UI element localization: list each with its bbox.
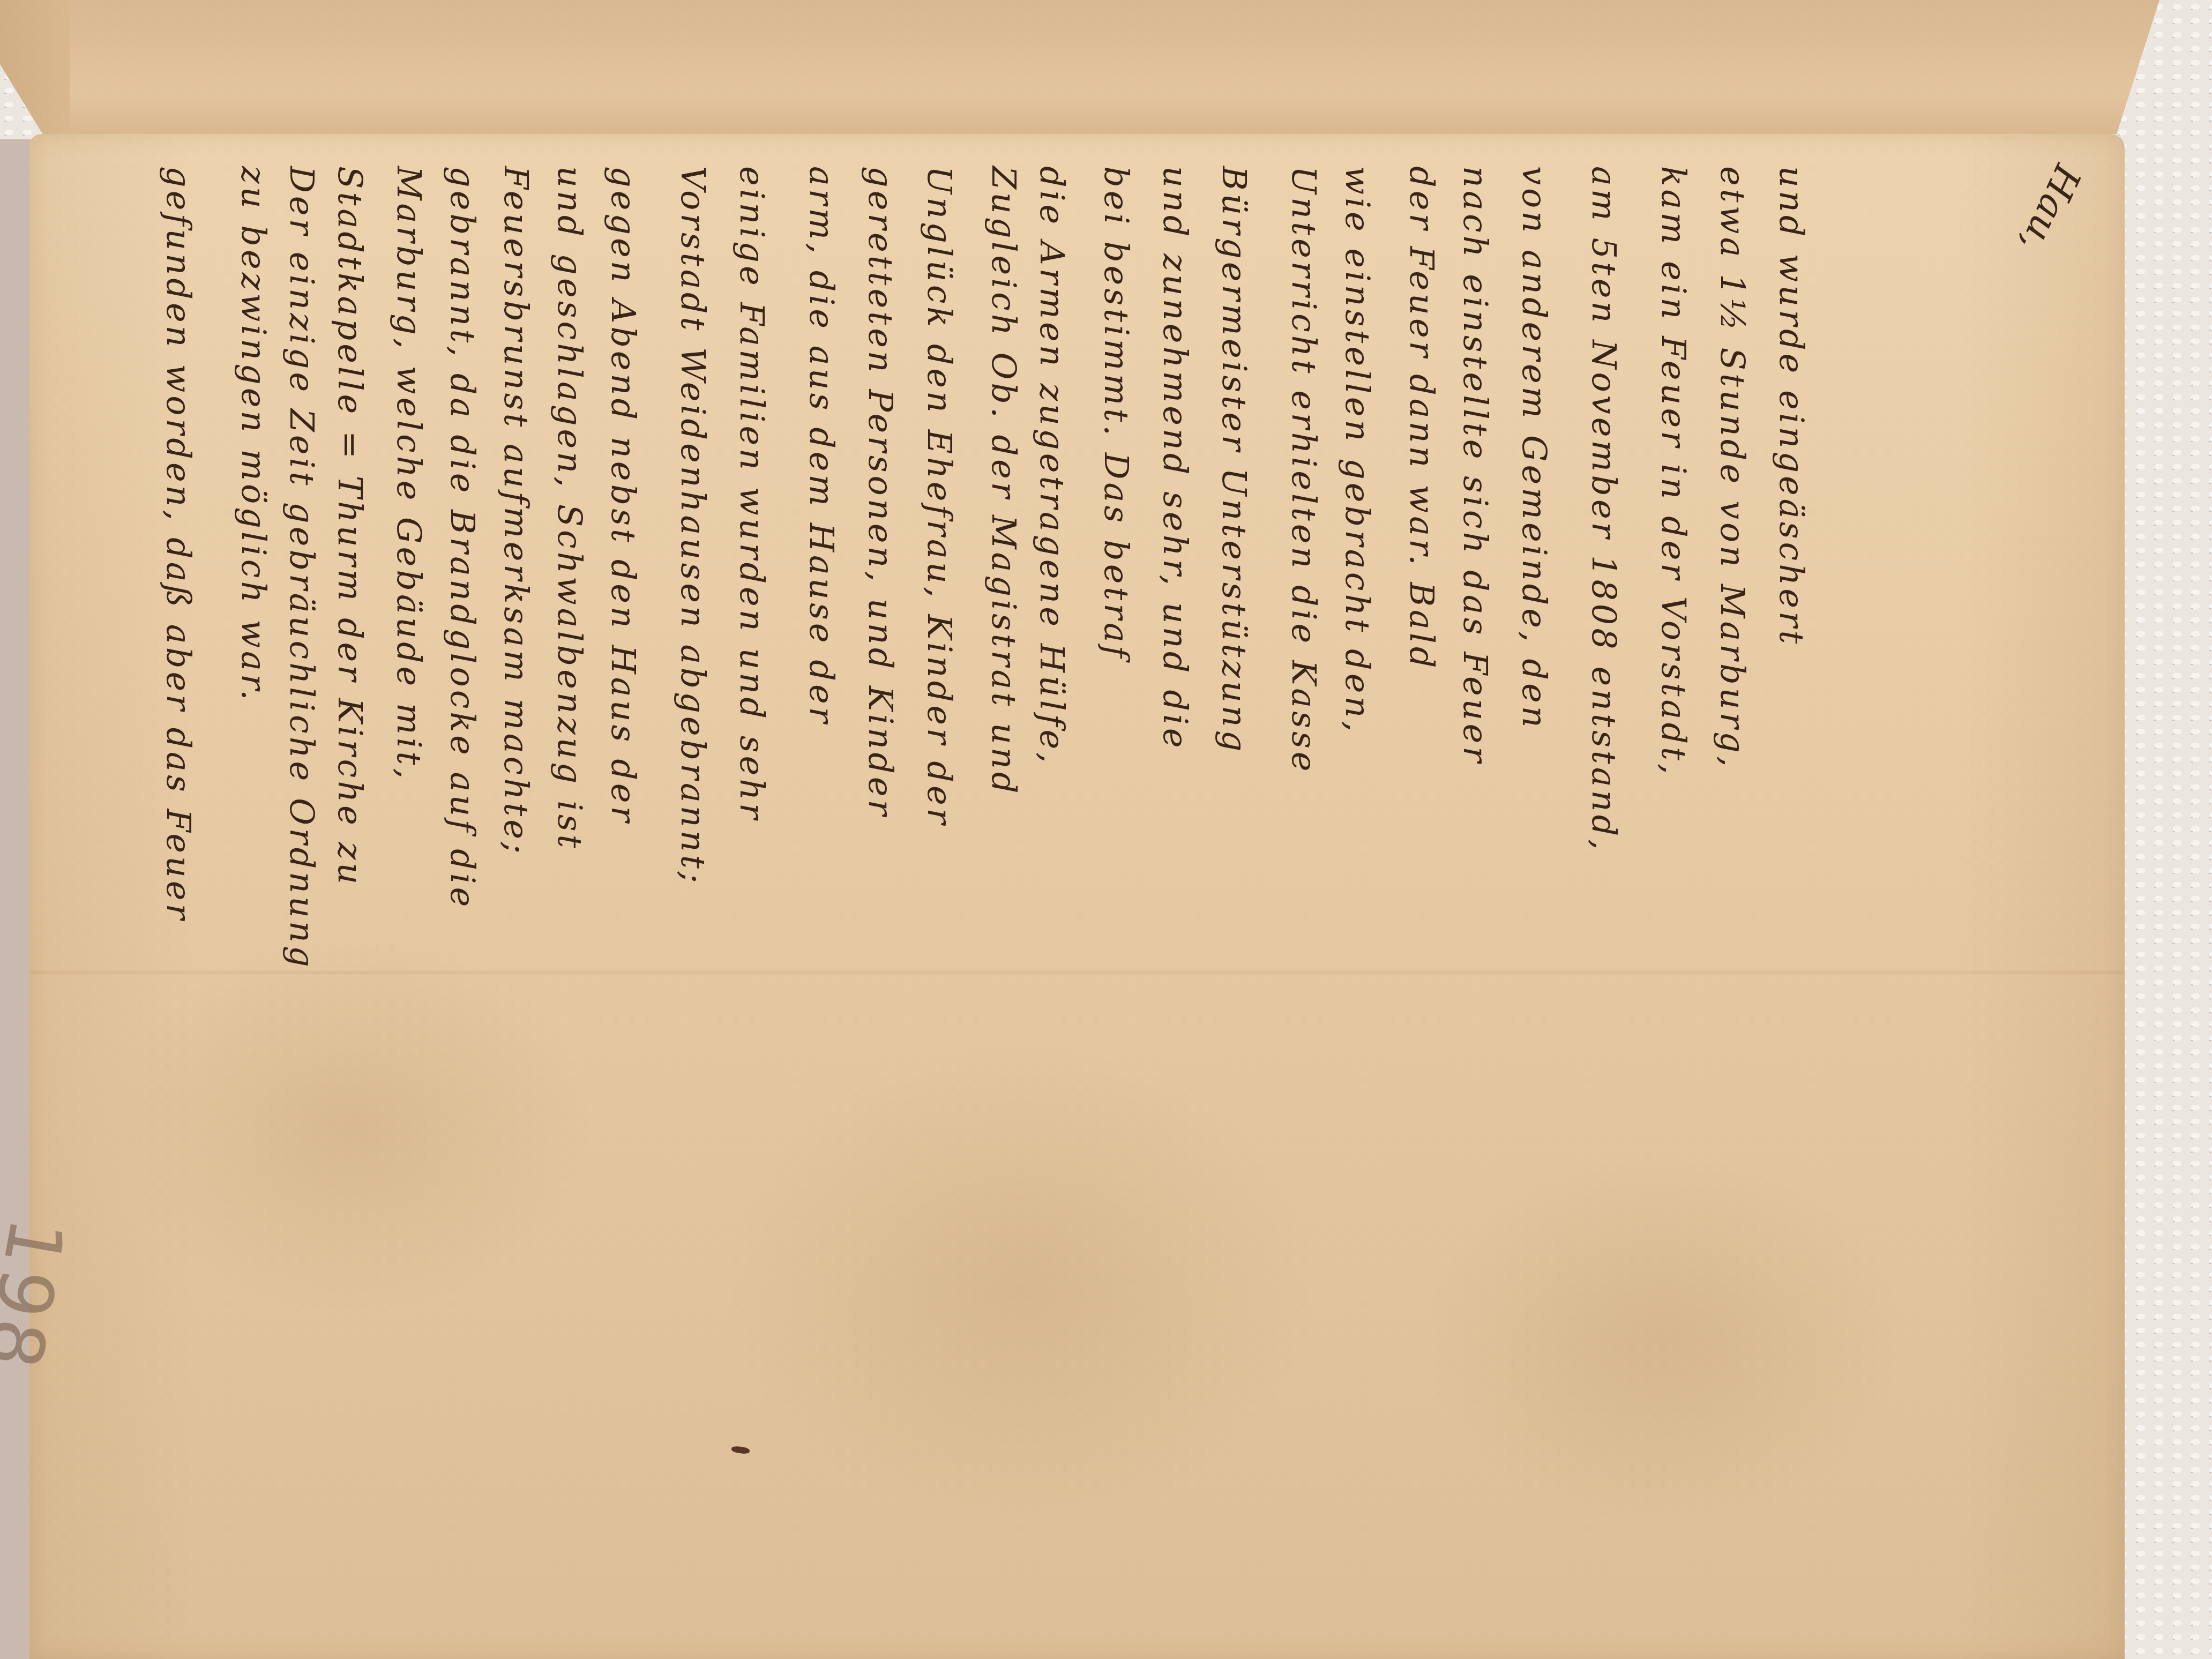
manuscript-line: gebrannt, da die Brandglocke auf die (445, 166, 482, 1077)
paper-stain (726, 1045, 1316, 1527)
manuscript-line: einige Familien wurden und sehr (734, 166, 772, 1077)
manuscript-line: Bürgermeister Unterstützung (1216, 166, 1254, 1077)
manuscript-line: Stadtkapelle = Thurm der Kirche zu (332, 166, 370, 1077)
paper-stain (1423, 1152, 1905, 1527)
manuscript-line: nach einstellte sich das Feuer (1458, 166, 1495, 1077)
folded-top-flap (0, 0, 2159, 134)
manuscript-line: und zunehmend sehr, und die (1157, 166, 1195, 1077)
manuscript-line: gefunden worden, daß aber das Feuer (161, 166, 198, 1077)
manuscript-line: Marburg, welche Gebäude mit, (391, 166, 429, 1077)
manuscript-line: bei bestimmt. Das betraf (1098, 166, 1136, 1077)
manuscript-line: Vorstadt Weidenhausen abgebrannt; (675, 166, 713, 1077)
manuscript-line: Unterricht erhielten die Kasse (1286, 166, 1324, 1077)
manuscript-line: und wurde eingeäschert (1774, 166, 1811, 1077)
manuscript-line: von anderem Gemeinde, den (1516, 166, 1554, 1077)
manuscript-line: kam ein Feuer in der Vorstadt, (1656, 166, 1693, 1077)
manuscript-line: und geschlagen, Schwalbenzug ist (552, 166, 589, 1077)
fabric-left-edge (0, 139, 32, 1659)
manuscript-line: Zugleich Ob. der Magistrat und (986, 166, 1023, 1077)
manuscript-line: Unglück den Ehefrau, Kinder der (922, 166, 959, 1077)
manuscript-line: die Armen zugetragene Hülfe, (1034, 166, 1072, 1077)
manuscript-line: Der einzige Zeit gebräuchliche Ordnung (284, 166, 322, 1077)
manuscript-line: gegen Abend nebst den Haus der (606, 166, 643, 1077)
manuscript-line: Feuersbrunst aufmerksam machte; (498, 166, 536, 1077)
manuscript-line: am 5ten November 1808 entstand, (1586, 166, 1624, 1077)
manuscript-line: geretteten Personen, und Kinder (863, 166, 900, 1077)
manuscript-line: der Feuer dann war. Bald (1404, 166, 1441, 1077)
manuscript-line: etwa 1½ Stunde von Marburg, (1715, 166, 1752, 1077)
manuscript-line: arm, die aus dem Hause der (804, 166, 841, 1077)
manuscript-line: wie einstellen gebracht den, (1340, 166, 1377, 1077)
manuscript-line: zu bezwingen möglich war. (236, 166, 273, 1077)
